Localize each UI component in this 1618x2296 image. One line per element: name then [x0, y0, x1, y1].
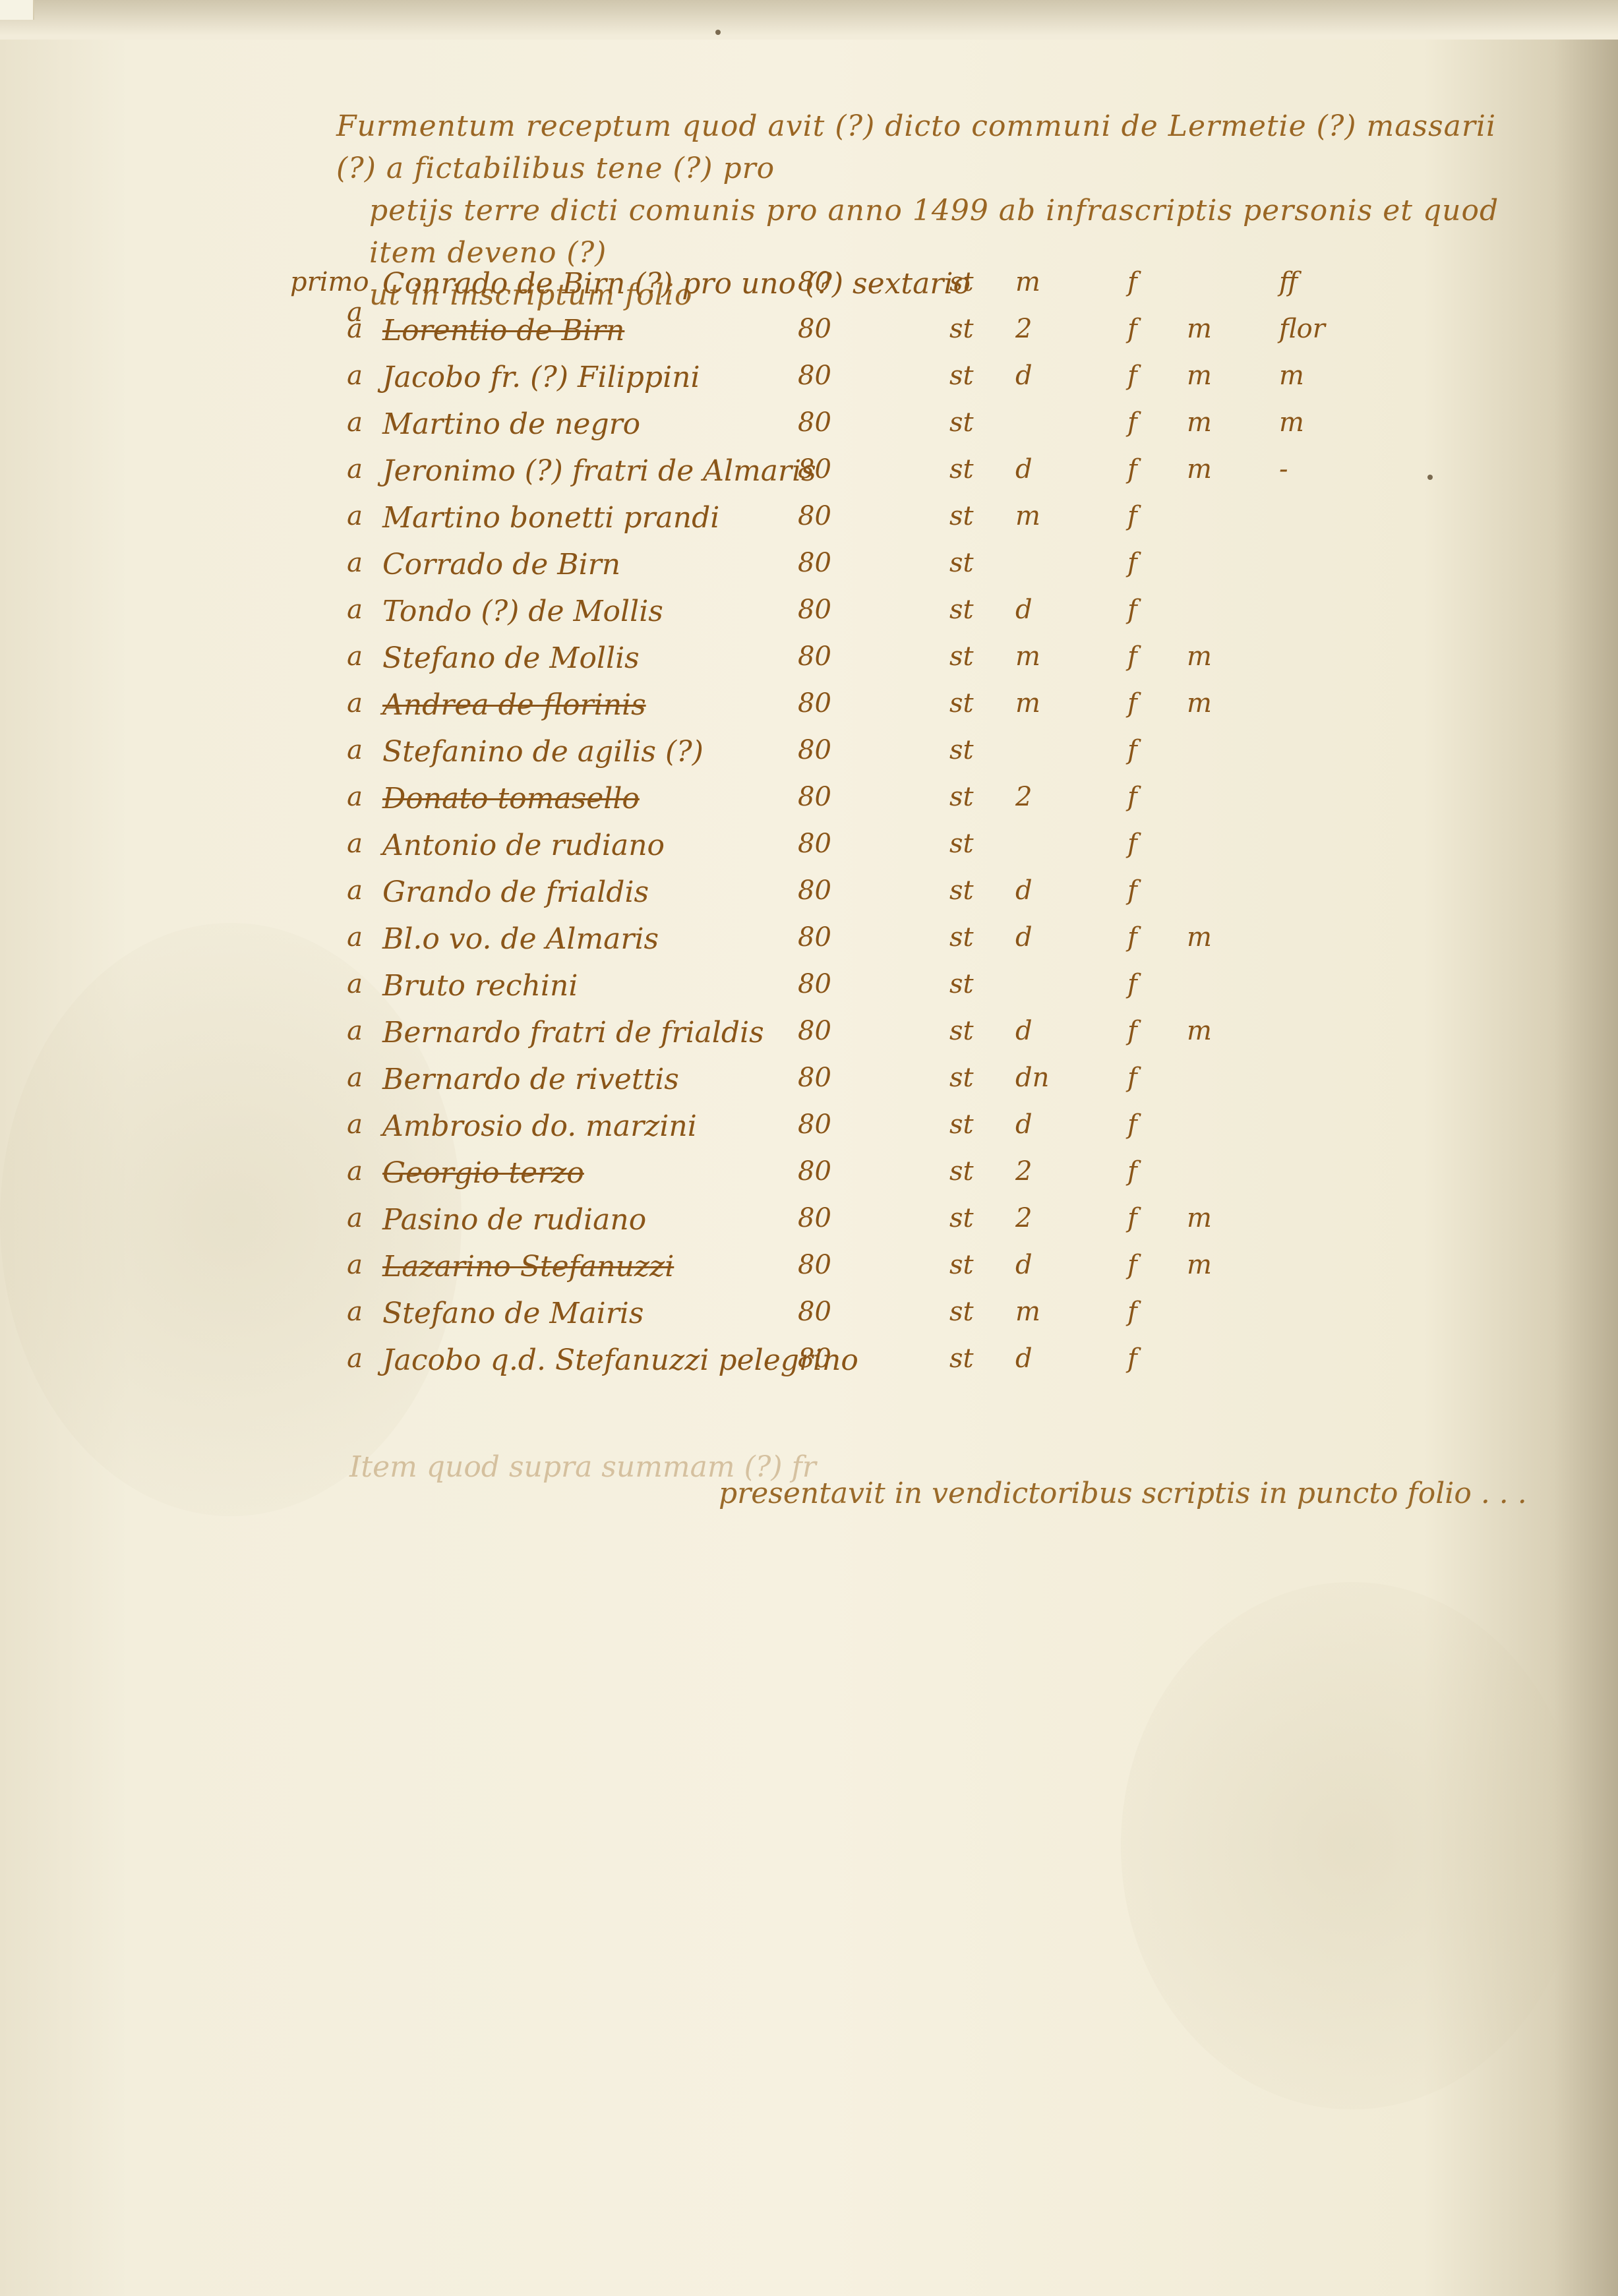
measure-c1: st: [949, 1156, 974, 1187]
ledger-row: aDonato tomasello80st2f: [290, 782, 1411, 821]
tenant-name: Stefano de Mollis: [382, 641, 640, 675]
quantity: 80: [798, 782, 831, 812]
row-prefix: a: [290, 1109, 363, 1140]
measure-c2: d: [1015, 875, 1033, 906]
quantity: 80: [798, 922, 831, 953]
measure-c1: st: [949, 1203, 974, 1233]
tenant-name: Antonio de rudiano: [382, 829, 665, 862]
quantity: 80: [798, 1250, 831, 1280]
tenant-name: Corrado de Birn: [382, 548, 620, 581]
measure-c3: f: [1127, 454, 1137, 485]
row-prefix: a: [290, 782, 363, 812]
ledger-row: aLazarino Stefanuzzi80stdfm: [290, 1250, 1411, 1289]
measure-c4: m: [1187, 641, 1212, 672]
measure-c2: m: [1015, 641, 1040, 672]
tenant-name: Pasino de rudiano: [382, 1203, 646, 1237]
tenant-name: Bernardo fratri de frialdis: [382, 1016, 764, 1049]
row-prefix: a: [290, 1063, 363, 1093]
measure-c3: f: [1127, 501, 1137, 531]
measure-c1: st: [949, 407, 974, 438]
measure-c3: f: [1127, 829, 1137, 859]
measure-c1: st: [949, 501, 974, 531]
ledger-row: aPasino de rudiano80st2fm: [290, 1203, 1411, 1243]
page-edge: [0, 0, 1618, 40]
tenant-name: Donato tomasello: [382, 782, 640, 815]
measure-c3: f: [1127, 735, 1137, 765]
measure-c1: st: [949, 688, 974, 719]
measure-c4: m: [1187, 454, 1212, 485]
row-prefix: a: [290, 454, 363, 485]
tenant-name: Bernardo de rivettis: [382, 1063, 679, 1096]
ledger-row: aBl.o vo. de Almaris80stdfm: [290, 922, 1411, 962]
heading-line-2: petijs terre dicti comunis pro anno 1499…: [336, 190, 1510, 274]
ledger-row: aJeronimo (?) fratri de Almaris80stdfm-: [290, 454, 1411, 494]
ink-speck: [1427, 475, 1433, 480]
measure-c5: ff: [1279, 267, 1298, 297]
measure-c1: st: [949, 829, 974, 859]
row-prefix: a: [290, 361, 363, 391]
measure-c3: f: [1127, 1156, 1137, 1187]
row-prefix: a: [290, 1016, 363, 1046]
measure-c1: st: [949, 875, 974, 906]
quantity: 80: [798, 688, 831, 719]
quantity: 80: [798, 641, 831, 672]
quantity: 80: [798, 1297, 831, 1327]
tenant-name: Stefano de Mairis: [382, 1297, 644, 1330]
row-prefix: a: [290, 688, 363, 719]
measure-c4: m: [1187, 1016, 1212, 1046]
measure-c1: st: [949, 922, 974, 953]
measure-c3: f: [1127, 1016, 1137, 1046]
measure-c1: st: [949, 1297, 974, 1327]
row-prefix: a: [290, 1343, 363, 1374]
quantity: 80: [798, 829, 831, 859]
quantity: 80: [798, 407, 831, 438]
measure-c3: f: [1127, 1297, 1137, 1327]
ledger-row: aTondo (?) de Mollis80stdf: [290, 595, 1411, 634]
measure-c1: st: [949, 454, 974, 485]
footer-main-text: presentavit in vendictoribus scriptis in…: [719, 1477, 1527, 1510]
measure-c3: f: [1127, 688, 1137, 719]
tenant-name: Martino de negro: [382, 407, 640, 441]
measure-c1: st: [949, 595, 974, 625]
measure-c1: st: [949, 361, 974, 391]
quantity: 80: [798, 267, 831, 297]
measure-c4: m: [1187, 688, 1212, 719]
measure-c3: f: [1127, 922, 1137, 953]
ledger-row: aCorrado de Birn80stf: [290, 548, 1411, 587]
measure-c1: st: [949, 641, 974, 672]
row-prefix: a: [290, 595, 363, 625]
measure-c3: f: [1127, 1109, 1137, 1140]
quantity: 80: [798, 501, 831, 531]
measure-c4: m: [1187, 361, 1212, 391]
measure-c2: d: [1015, 1250, 1033, 1280]
measure-c4: m: [1187, 314, 1212, 344]
row-prefix: a: [290, 969, 363, 999]
row-prefix: a: [290, 1250, 363, 1280]
measure-c4: m: [1187, 1250, 1212, 1280]
ledger-row: aJacobo q.d. Stefanuzzi pelegrino80stdf: [290, 1343, 1411, 1383]
measure-c3: f: [1127, 1063, 1137, 1093]
measure-c3: f: [1127, 361, 1137, 391]
measure-c1: st: [949, 969, 974, 999]
row-prefix: a: [290, 641, 363, 672]
ledger-row: aMartino bonetti prandi80stmf: [290, 501, 1411, 541]
measure-c2: d: [1015, 361, 1033, 391]
measure-c1: st: [949, 314, 974, 344]
measure-c1: st: [949, 548, 974, 578]
row-prefix: a: [290, 501, 363, 531]
quantity: 80: [798, 454, 831, 485]
row-prefix: a: [290, 829, 363, 859]
ledger-row: aJacobo fr. (?) Filippini80stdfmm: [290, 361, 1411, 400]
measure-c5: m: [1279, 361, 1304, 391]
tenant-name: Bl.o vo. de Almaris: [382, 922, 659, 956]
ledger-row: aStefano de Mairis80stmf: [290, 1297, 1411, 1336]
ledger-row: aStefano de Mollis80stmfm: [290, 641, 1411, 681]
measure-c4: m: [1187, 922, 1212, 953]
measure-c1: st: [949, 782, 974, 812]
quantity: 80: [798, 1109, 831, 1140]
measure-c3: f: [1127, 1250, 1137, 1280]
tenant-name: Georgio terzo: [382, 1156, 584, 1190]
row-prefix: a: [290, 1297, 363, 1327]
measure-c3: f: [1127, 641, 1137, 672]
measure-c2: dn: [1015, 1063, 1049, 1093]
tenant-name: Andrea de florinis: [382, 688, 646, 722]
row-prefix: a: [290, 548, 363, 578]
tenant-name: Jacobo fr. (?) Filippini: [382, 361, 700, 394]
measure-c3: f: [1127, 782, 1137, 812]
measure-c1: st: [949, 735, 974, 765]
tenant-name: Lazarino Stefanuzzi: [382, 1250, 674, 1283]
measure-c3: f: [1127, 595, 1137, 625]
measure-c5: flor: [1279, 314, 1325, 344]
ledger-row: aGeorgio terzo80st2f: [290, 1156, 1411, 1196]
measure-c2: m: [1015, 267, 1040, 297]
measure-c1: st: [949, 1109, 974, 1140]
tenant-name: Lorentio de Birn: [382, 314, 624, 347]
measure-c2: d: [1015, 595, 1033, 625]
row-prefix: a: [290, 922, 363, 953]
measure-c3: f: [1127, 1343, 1137, 1374]
measure-c3: f: [1127, 548, 1137, 578]
ledger-row: aStefanino de agilis (?)80stf: [290, 735, 1411, 775]
tenant-name: Conrado de Birn (?) pro uno (?) sextario: [382, 267, 971, 301]
measure-c3: f: [1127, 1203, 1137, 1233]
heading-line-1: Furmentum receptum quod avit (?) dicto c…: [336, 105, 1510, 190]
tenant-name: Jeronimo (?) fratri de Almaris: [382, 454, 816, 488]
measure-c1: st: [949, 1063, 974, 1093]
measure-c4: m: [1187, 407, 1212, 438]
measure-c1: st: [949, 1250, 974, 1280]
measure-c3: f: [1127, 875, 1137, 906]
row-prefix: a: [290, 875, 363, 906]
measure-c3: f: [1127, 267, 1137, 297]
measure-c2: d: [1015, 454, 1033, 485]
ledger-row: aAmbrosio do. marzini80stdf: [290, 1109, 1411, 1149]
ledger-row: aBernardo de rivettis80stdnf: [290, 1063, 1411, 1102]
tenant-name: Stefanino de agilis (?): [382, 735, 704, 769]
measure-c2: d: [1015, 922, 1033, 953]
row-prefix: a: [290, 1156, 363, 1187]
measure-c4: m: [1187, 1203, 1212, 1233]
ledger-row: primo aConrado de Birn (?) pro uno (?) s…: [290, 267, 1411, 307]
ledger-row: aAndrea de florinis80stmfm: [290, 688, 1411, 728]
quantity: 80: [798, 875, 831, 906]
tenant-name: Tondo (?) de Mollis: [382, 595, 663, 628]
measure-c1: st: [949, 1016, 974, 1046]
quantity: 80: [798, 314, 831, 344]
tenant-name: Jacobo q.d. Stefanuzzi pelegrino: [382, 1343, 858, 1377]
row-prefix: a: [290, 407, 363, 438]
measure-c1: st: [949, 267, 974, 297]
ledger-row: aBernardo fratri de frialdis80stdfm: [290, 1016, 1411, 1055]
measure-c2: m: [1015, 688, 1040, 719]
ink-speck: [715, 30, 721, 35]
measure-c1: st: [949, 1343, 974, 1374]
row-prefix: a: [290, 1203, 363, 1233]
measure-c2: d: [1015, 1109, 1033, 1140]
measure-c2: m: [1015, 501, 1040, 531]
quantity: 80: [798, 1063, 831, 1093]
measure-c2: m: [1015, 1297, 1040, 1327]
measure-c2: 2: [1015, 782, 1032, 812]
measure-c5: -: [1279, 454, 1288, 485]
measure-c3: f: [1127, 407, 1137, 438]
page-corner-tab: [0, 0, 34, 20]
tenant-name: Ambrosio do. marzini: [382, 1109, 697, 1143]
paper-stain: [1121, 1582, 1582, 2109]
quantity: 80: [798, 1016, 831, 1046]
footer-note: Item quod supra summam (?) fr presentavi…: [349, 1450, 816, 1484]
quantity: 80: [798, 969, 831, 999]
quantity: 80: [798, 1156, 831, 1187]
ledger-row: aBruto rechini80stf: [290, 969, 1411, 1009]
ledger-row: aMartino de negro80stfmm: [290, 407, 1411, 447]
measure-c3: f: [1127, 314, 1137, 344]
quantity: 80: [798, 595, 831, 625]
row-prefix: a: [290, 735, 363, 765]
quantity: 80: [798, 361, 831, 391]
tenant-name: Grando de frialdis: [382, 875, 649, 909]
ledger-row: aAntonio de rudiano80stf: [290, 829, 1411, 868]
quantity: 80: [798, 1343, 831, 1374]
measure-c2: d: [1015, 1343, 1033, 1374]
ledger-row: aGrando de frialdis80stdf: [290, 875, 1411, 915]
tenant-name: Martino bonetti prandi: [382, 501, 719, 535]
row-prefix: a: [290, 314, 363, 344]
measure-c5: m: [1279, 407, 1304, 438]
tenant-name: Bruto rechini: [382, 969, 578, 1003]
quantity: 80: [798, 735, 831, 765]
measure-c2: 2: [1015, 314, 1032, 344]
quantity: 80: [798, 1203, 831, 1233]
measure-c3: f: [1127, 969, 1137, 999]
ledger-row: aLorentio de Birn80st2fmflor: [290, 314, 1411, 353]
measure-c2: d: [1015, 1016, 1033, 1046]
quantity: 80: [798, 548, 831, 578]
measure-c2: 2: [1015, 1203, 1032, 1233]
measure-c2: 2: [1015, 1156, 1032, 1187]
